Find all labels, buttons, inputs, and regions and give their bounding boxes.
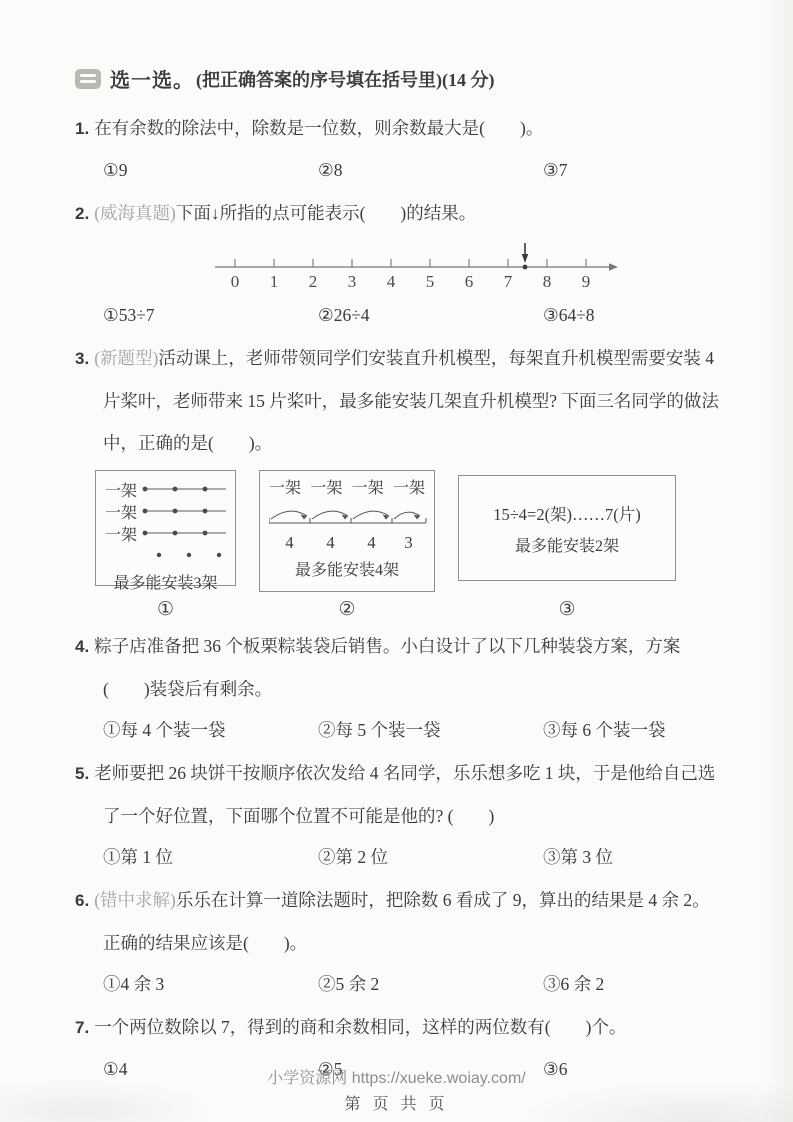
question-2-stem: 2.(威海真题)下面↓所指的点可能表示( )的结果。 [75, 192, 721, 235]
tick-label: 5 [426, 272, 435, 291]
group-label: 一架 [310, 479, 342, 499]
question-number: 4. [75, 637, 89, 656]
tick-label: 9 [582, 272, 591, 291]
group-row: 一架 [105, 478, 226, 500]
segment-count: 4 [310, 533, 351, 553]
pointer-marker-icon [522, 243, 528, 269]
question-4-stem: 4.粽子店准备把 36 个板栗粽装袋后销售。小白设计了以下几种装袋方案，方案( … [75, 625, 721, 710]
page-footer: 小学资源网 https://xueke.woiay.com/ 第 页 共 页 [0, 1065, 793, 1114]
group-label: 一架 [105, 522, 141, 545]
question-5-options: ①第 1 位 ②第 2 位 ③第 3 位 [103, 837, 721, 877]
option-3: ③第 3 位 [543, 837, 721, 877]
question-number: 1. [75, 119, 89, 138]
segment-numbers: 4 4 4 3 [269, 533, 425, 553]
box-label-2: ② [259, 598, 435, 621]
box-label-3: ③ [458, 598, 676, 621]
option-1: ①每 4 个装一袋 [103, 710, 318, 750]
segment-count: 4 [269, 533, 310, 553]
tick-label: 7 [504, 272, 513, 291]
student-work-1: 一架 一架 一架 最多能安装3架 [95, 470, 236, 586]
group-label: 一架 [352, 479, 384, 499]
source-tag: (错中求解) [94, 890, 176, 910]
tick-label: 6 [465, 272, 474, 291]
question-number: 3. [75, 349, 89, 368]
question-number: 2. [75, 204, 89, 223]
dot-line-icon [141, 484, 226, 494]
question-number: 6. [75, 891, 89, 910]
option-1: ①9 [103, 150, 318, 190]
division-equation: 15÷4=2(架)……7(片) [493, 501, 641, 525]
question-4: 4.粽子店准备把 36 个板栗粽装袋后销售。小白设计了以下几种装袋方案，方案( … [75, 625, 721, 750]
tick-label: 1 [270, 272, 279, 291]
segment-count: 3 [392, 533, 425, 553]
option-2: ②每 5 个装一袋 [318, 710, 543, 750]
stem-text: 一个两位数除以 7，得到的商和余数相同，这样的两位数有( )个。 [94, 1017, 626, 1037]
group-label: 一架 [105, 478, 141, 501]
student-work-boxes: 一架 一架 一架 最多能安装3架 [95, 470, 721, 592]
tick-label: 0 [231, 272, 240, 291]
question-6: 6.(错中求解)乐乐在计算一道除法题时，把除数 6 看成了 9，算出的结果是 4… [75, 879, 721, 1004]
group-label: 一架 [269, 479, 301, 499]
leftover-dots [141, 544, 226, 566]
stem-text: 乐乐在计算一道除法题时，把除数 6 看成了 9，算出的结果是 4 余 2。正确的… [103, 890, 710, 953]
dot-line-icon [141, 506, 226, 516]
question-2-options: ①53÷7 ②26÷4 ③64÷8 [103, 295, 721, 335]
question-7-stem: 7.一个两位数除以 7，得到的商和余数相同，这样的两位数有( )个。 [75, 1006, 721, 1049]
box-label-1: ① [95, 598, 236, 621]
tick-label: 4 [387, 272, 396, 291]
question-number: 5. [75, 764, 89, 783]
group-label: 一架 [393, 479, 425, 499]
box-labels: ① ② ③ [95, 598, 721, 621]
page-number-label: 第 页 共 页 [0, 1091, 793, 1114]
option-1: ①第 1 位 [103, 837, 318, 877]
option-3: ③7 [543, 150, 721, 190]
stem-text: 在有余数的除法中，除数是一位数，则余数最大是( )。 [94, 118, 543, 138]
question-2: 2.(威海真题)下面↓所指的点可能表示( )的结果。 [75, 192, 721, 335]
group-label: 一架 [105, 500, 141, 523]
question-number: 7. [75, 1018, 89, 1037]
question-4-options: ①每 4 个装一袋 ②每 5 个装一袋 ③每 6 个装一袋 [103, 710, 721, 750]
option-3: ③每 6 个装一袋 [543, 710, 721, 750]
question-5: 5.老师要把 26 块饼干按顺序依次发给 4 名同学，乐乐想多吃 1 块，于是他… [75, 752, 721, 877]
segment-count: 4 [351, 533, 392, 553]
number-line: 0 1 2 3 4 5 6 7 8 9 [215, 237, 721, 295]
axis-arrow-icon [609, 263, 618, 271]
option-3: ③6 余 2 [543, 964, 721, 1004]
stem-text: 粽子店准备把 36 个板栗粽装袋后销售。小白设计了以下几种装袋方案，方案( )装… [94, 636, 680, 699]
source-tag: (威海真题) [94, 203, 176, 223]
box-caption: 最多能安装2架 [515, 533, 619, 556]
stem-text: 下面↓所指的点可能表示( )的结果。 [176, 203, 476, 223]
box-caption: 最多能安装4架 [269, 557, 425, 580]
option-2: ②第 2 位 [318, 837, 543, 877]
student-work-3: 15÷4=2(架)……7(片) 最多能安装2架 [458, 475, 676, 581]
source-site-text: 小学资源网 https://xueke.woiay.com/ [0, 1065, 793, 1088]
option-2: ②5 余 2 [318, 964, 543, 1004]
question-3-stem: 3.(新题型)活动课上，老师带领同学们安装直升机模型，每架直升机模型需要安装 4… [75, 337, 721, 464]
question-1-stem: 1.在有余数的除法中，除数是一位数，则余数最大是( )。 [75, 107, 721, 150]
group-labels: 一架 一架 一架 一架 [269, 479, 425, 499]
question-1: 1.在有余数的除法中，除数是一位数，则余数最大是( )。 ①9 ②8 ③7 [75, 107, 721, 190]
question-6-options: ①4 余 3 ②5 余 2 ③6 余 2 [103, 964, 721, 1004]
stem-text: 老师要把 26 块饼干按顺序依次发给 4 名同学，乐乐想多吃 1 块，于是他给自… [94, 763, 715, 826]
option-2: ②8 [318, 150, 543, 190]
dot-line-icon [141, 528, 226, 538]
option-3: ③64÷8 [543, 295, 721, 335]
section-instructions: (把正确答案的序号填在括号里)(14 分) [196, 66, 494, 92]
question-6-stem: 6.(错中求解)乐乐在计算一道除法题时，把除数 6 看成了 9，算出的结果是 4… [75, 879, 721, 964]
tick-label: 8 [543, 272, 552, 291]
section-header: 选一选。 (把正确答案的序号填在括号里)(14 分) [75, 64, 721, 93]
list-icon [75, 69, 101, 89]
group-row: 一架 [105, 500, 226, 522]
option-1: ①53÷7 [103, 295, 318, 335]
source-tag: (新题型) [94, 348, 158, 368]
worksheet-page: 选一选。 (把正确答案的序号填在括号里)(14 分) 1.在有余数的除法中，除数… [0, 0, 793, 1122]
arc-diagram-icon [269, 499, 427, 527]
stem-text: 活动课上，老师带领同学们安装直升机模型，每架直升机模型需要安装 4 片桨叶，老师… [103, 348, 719, 453]
question-1-options: ①9 ②8 ③7 [103, 150, 721, 190]
tick-label: 2 [309, 272, 318, 291]
section-title: 选一选。 [110, 64, 194, 93]
option-1: ①4 余 3 [103, 964, 318, 1004]
box-caption: 最多能安装3架 [105, 570, 226, 593]
student-work-2: 一架 一架 一架 一架 [259, 470, 435, 592]
question-5-stem: 5.老师要把 26 块饼干按顺序依次发给 4 名同学，乐乐想多吃 1 块，于是他… [75, 752, 721, 837]
question-3: 3.(新题型)活动课上，老师带领同学们安装直升机模型，每架直升机模型需要安装 4… [75, 337, 721, 621]
tick-label: 3 [348, 272, 357, 291]
three-dots-icon [141, 549, 226, 561]
option-2: ②26÷4 [318, 295, 543, 335]
group-row: 一架 [105, 522, 226, 544]
